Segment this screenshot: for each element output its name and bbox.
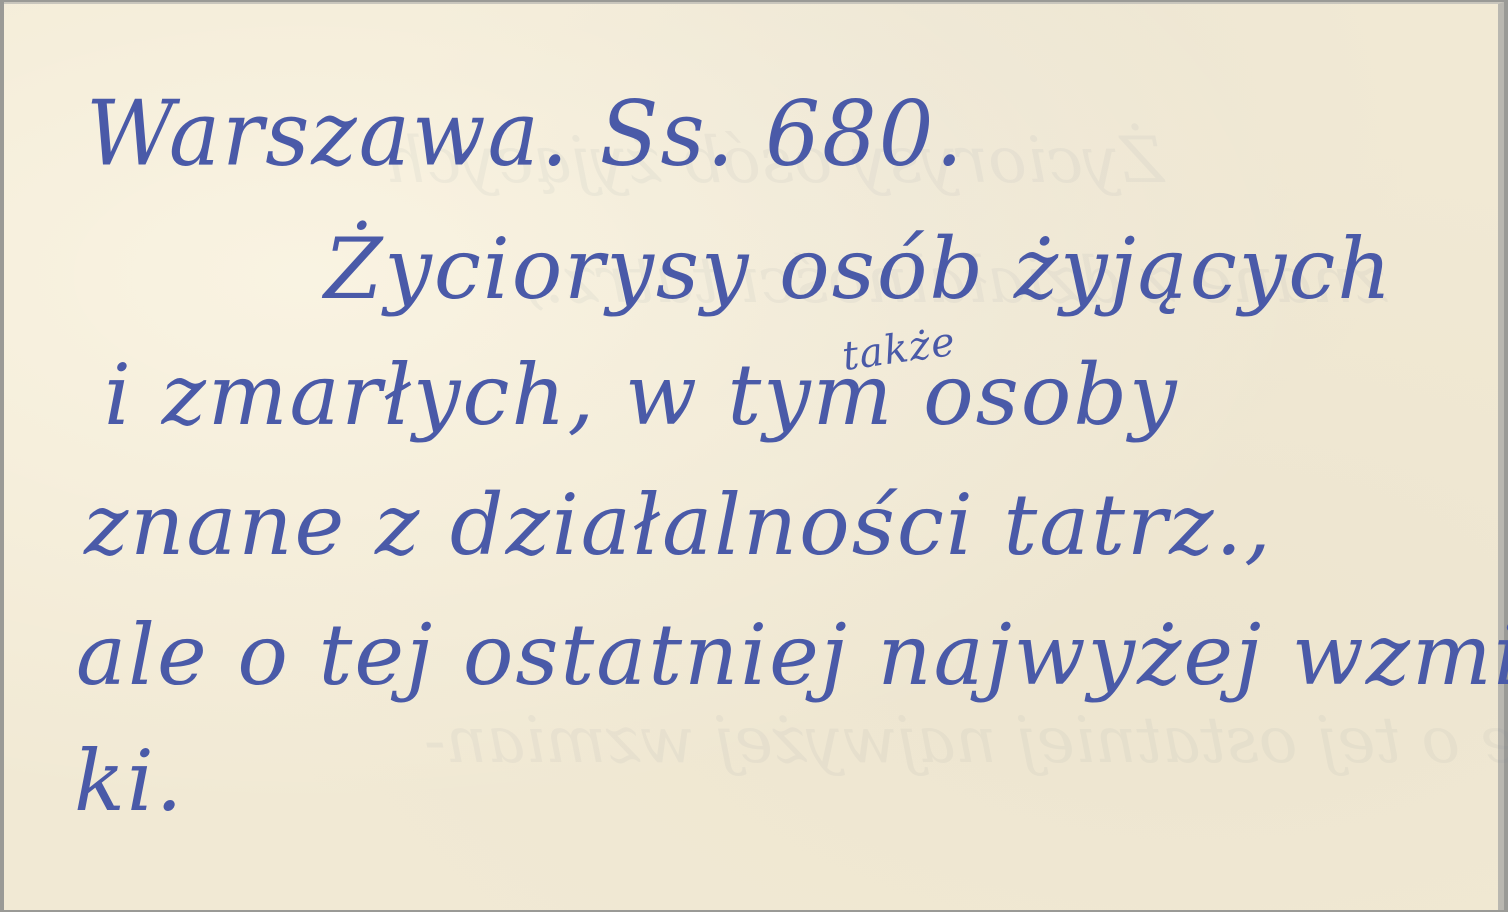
text-line-1: Życiorysy osób żyjących — [324, 214, 1393, 324]
text-line-4: ale o tej ostatniej najwyżej wzmian- — [76, 600, 1508, 710]
card-header: Warszawa. Ss. 680. — [86, 77, 965, 192]
text-line-5: ki. — [74, 726, 184, 836]
bleed-through-text: ale o tej ostatniej najwyżej wzmian- — [424, 704, 1508, 778]
index-card: Życiorysy osób żyjących znane z działaln… — [4, 2, 1504, 910]
text-line-3: znane z działalności tatrz., — [84, 470, 1273, 580]
text-line-2: i zmarłych, w tym osoby — [104, 340, 1179, 450]
